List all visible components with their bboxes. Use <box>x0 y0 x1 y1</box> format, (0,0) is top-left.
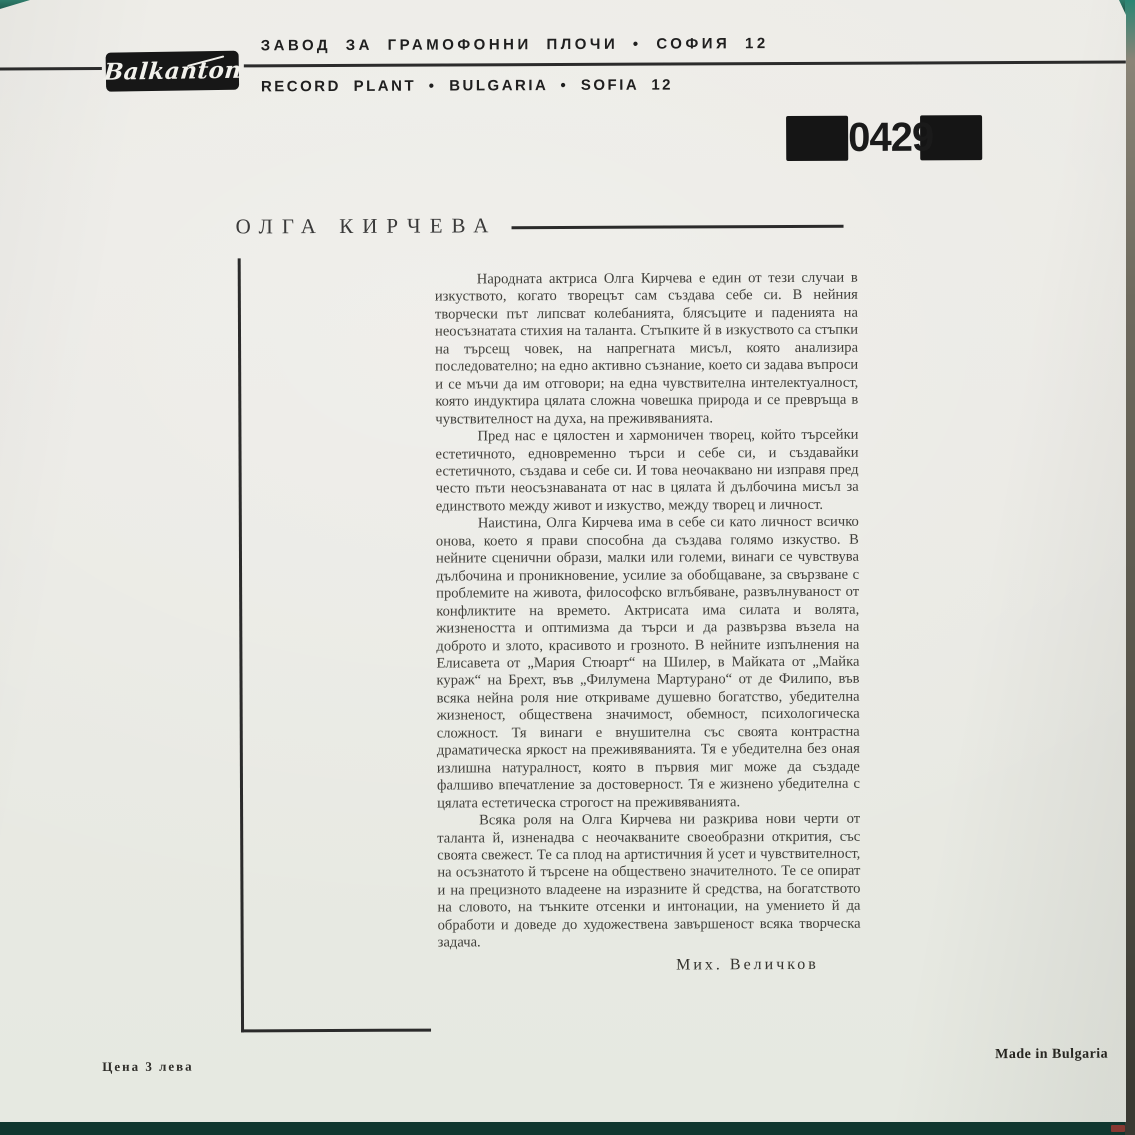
balkanton-logo: Balkanton <box>106 51 240 92</box>
header-rule-left <box>0 67 102 70</box>
balkanton-logo-text: Balkanton <box>102 57 242 86</box>
header-line-english: RECORD PLANT • BULGARIA • SOFIA 12 <box>261 77 673 96</box>
liner-notes-paragraph: Пред нас е цялостен и хармоничен творец,… <box>435 427 858 516</box>
stamp-block-left <box>786 116 848 161</box>
header-line-bulgarian: ЗАВОД ЗА ГРАМОФОННИ ПЛОЧИ • СОФИЯ 12 <box>261 35 769 54</box>
liner-notes-paragraph: Всяка роля на Олга Кирчева ни разкрива н… <box>437 811 861 952</box>
catalog-number: 0429 <box>848 115 920 161</box>
header-rule <box>244 61 1126 68</box>
liner-notes-paragraph: Народната актриса Олга Кирчева е един от… <box>435 270 859 429</box>
record-sleeve-scan: Balkanton ЗАВОД ЗА ГРАМОФОННИ ПЛОЧИ • СО… <box>0 0 1135 1135</box>
sleeve-back-paper: Balkanton ЗАВОД ЗА ГРАМОФОННИ ПЛОЧИ • СО… <box>0 0 1126 1122</box>
title-row: ОЛГА КИРЧЕВА <box>235 212 843 240</box>
text-frame-horizontal-rule <box>241 1029 431 1033</box>
title-rule <box>511 225 843 229</box>
album-title: ОЛГА КИРЧЕВА <box>235 213 497 239</box>
made-in-label: Made in Bulgaria <box>995 1047 1108 1063</box>
catalog-stamp: 0429 <box>786 115 982 161</box>
price-label: Цена 3 лева <box>102 1059 194 1075</box>
corner-mark <box>1111 1125 1125 1132</box>
text-frame-vertical-rule <box>238 258 244 1032</box>
sleeve-right-edge <box>1125 0 1135 1135</box>
author-signature: Мих. Величков <box>438 955 861 974</box>
sleeve-content: Balkanton ЗАВОД ЗА ГРАМОФОННИ ПЛОЧИ • СО… <box>0 0 1128 1124</box>
liner-notes: Народната актриса Олга Кирчева е един от… <box>435 270 861 975</box>
liner-notes-paragraph: Наистина, Олга Кирчева има в себе си кат… <box>436 514 860 813</box>
